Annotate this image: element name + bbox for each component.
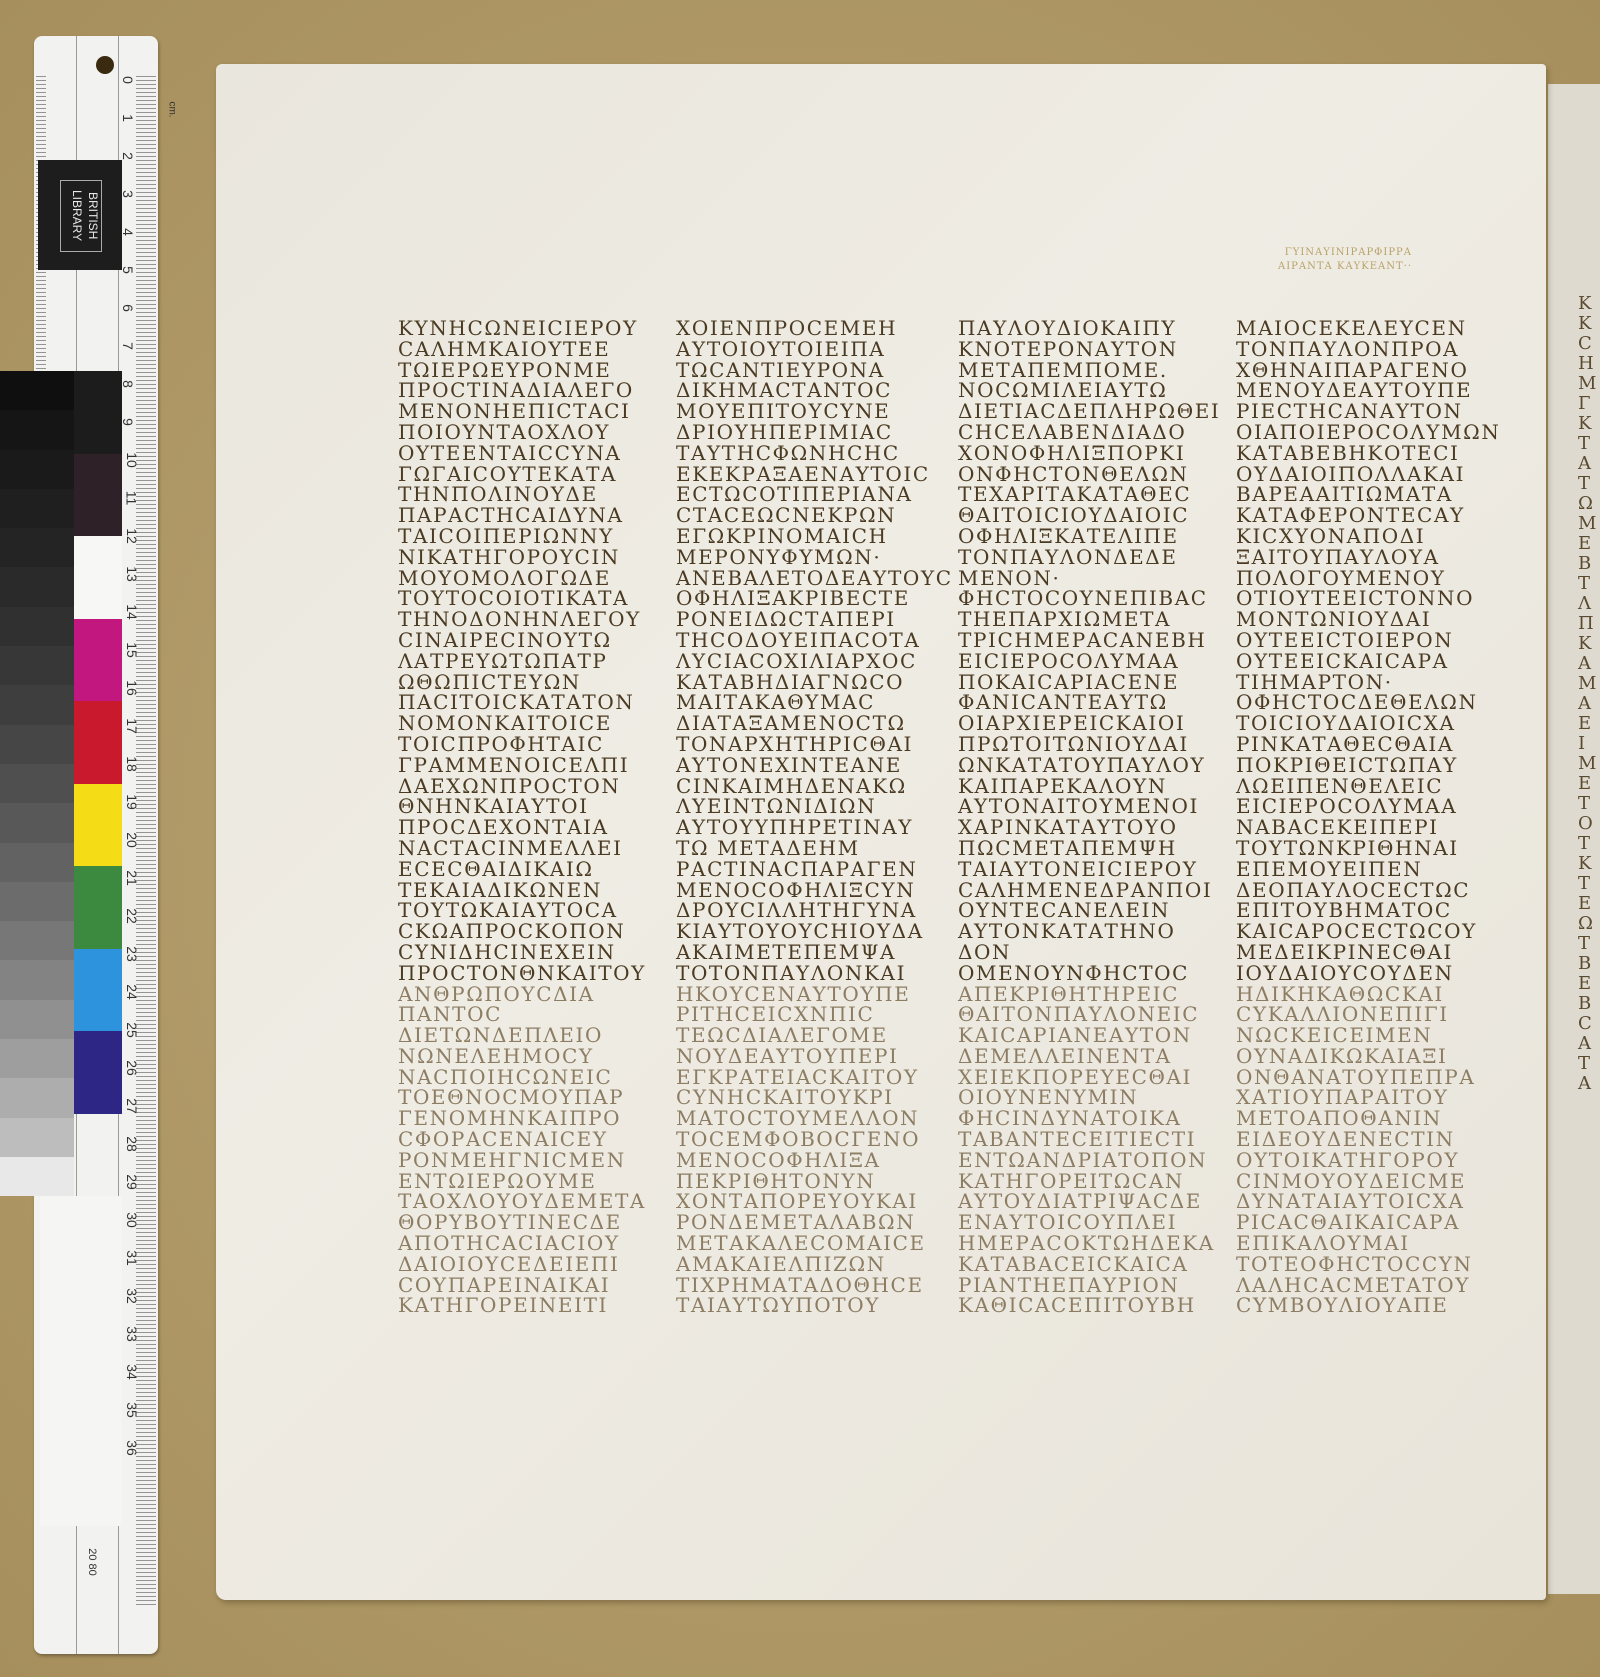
adjacent-page-line: Β	[1548, 994, 1600, 1014]
manuscript-line: ΠΡΟϹΔΕΧΟΝΤΑΙΑ	[398, 817, 643, 838]
manuscript-line: ΡΟΝΔΕΜΕΤΑΛΑΒΩΝ	[676, 1212, 921, 1233]
manuscript-line: ΩΝΚΑΤΑΤΟΥΠΑΥΛΟΥ	[958, 755, 1203, 776]
manuscript-line: ΚΑΤΑΒΕΒΗΚΟΤΕϹΙ	[1236, 443, 1481, 464]
manuscript-line: ΦΑΝΙϹΑΝΤΕΑΥΤΩ	[958, 692, 1203, 713]
manuscript-line: ϹΙΝΚΑΙΜΗΔΕΝΑΚΩ	[676, 776, 921, 797]
manuscript-line: ΔΟΝ	[958, 942, 1203, 963]
manuscript-line: ΚΥΝΗϹΩΝΕΙϹΙΕΡΟΥ	[398, 318, 643, 339]
manuscript-line: ΗΔΙΚΗΚΑΘΩϹΚΑΙ	[1236, 984, 1481, 1005]
manuscript-line: ΚΑΙΠΑΡΕΚΑΛΟΥΝ	[958, 776, 1203, 797]
running-title: ΓΥΙΝΑΥΙΝΙΡΑΡΦΙΡΡΑ ΑΙΡΑΝΤΑ ΚΑΥΚΕΑΝΤ··	[1278, 246, 1412, 274]
ruler-mark: 30	[124, 1212, 140, 1228]
manuscript-line: ΤΟΝΠΑΥΛΟΝΠΡΟΑ	[1236, 339, 1481, 360]
manuscript-line: ΤΟΙϹΠΡΟΦΗΤΑΙϹ	[398, 734, 643, 755]
ruler-mark: 9	[120, 418, 136, 426]
gray-step	[0, 528, 74, 567]
color-calibration-chart	[74, 371, 122, 1196]
adjacent-page-line: Τ	[1548, 474, 1600, 494]
manuscript-line: ΤΑΟΧΛΟΥΟΥΔΕΜΕΤΑ	[398, 1191, 643, 1212]
text-column-4: ΜΑΙΟϹΕΚΕΛΕΥϹΕΝΤΟΝΠΑΥΛΟΝΠΡΟΑΧΘΗΝΑΙΠΑΡΑΓΕΝ…	[1236, 318, 1481, 1316]
adjacent-page-line: Α	[1548, 1034, 1600, 1054]
ruler-mark: 33	[124, 1326, 140, 1342]
manuscript-line: ΝΩϹΚΕΙϹΕΙΜΕΝ	[1236, 1025, 1481, 1046]
manuscript-line: ΤΗΝΠΟΛΙΝΟΥΔΕ	[398, 484, 643, 505]
ruler-mark: 3	[120, 190, 136, 198]
manuscript-line: ΚΑΤΑΒΗΔΙΑΓΝΩϹΟ	[676, 672, 921, 693]
manuscript-line: ΤΩϹΑΝΤΙΕΥΡΟΝΑ	[676, 360, 921, 381]
adjacent-page-line: Ε	[1548, 894, 1600, 914]
manuscript-line: ΕΙϹΙΕΡΟϹΟΛΥΜΑΑ	[958, 651, 1203, 672]
manuscript-line: ΜΕΤΟΑΠΟΘΑΝΙΝ	[1236, 1108, 1481, 1129]
manuscript-line: ΚΑΙϹΑΡΙΑΝΕΑΥΤΟΝ	[958, 1025, 1203, 1046]
manuscript-line: ΟΥΤΟΙΚΑΤΗΓΟΡΟΥ	[1236, 1150, 1481, 1171]
adjacent-page-line: Ε	[1548, 714, 1600, 734]
manuscript-line: ΜΕΔΕΙΚΡΙΝΕϹΘΑΙ	[1236, 942, 1481, 963]
ruler-mark: 5	[120, 266, 136, 274]
manuscript-line: ΟΙΟΥΝΕΝΥΜΙΝ	[958, 1087, 1203, 1108]
manuscript-line: ΑΥΤΟΙΟΥΤΟΙΕΙΠΑ	[676, 339, 921, 360]
manuscript-line: ΤΕΧΑΡΙΤΑΚΑΤΑΘΕϹ	[958, 484, 1203, 505]
manuscript-line: ΚΑΘΙϹΑϹΕΠΙΤΟΥΒΗ	[958, 1295, 1203, 1316]
gray-step	[0, 371, 74, 410]
manuscript-line: ΡΙΝΚΑΤΑΘΕϹΘΑΙΑ	[1236, 734, 1481, 755]
adjacent-page-line: Τ	[1548, 1054, 1600, 1074]
manuscript-line: ΤΟΥΤΩΚΑΙΑΥΤΟϹΑ	[398, 900, 643, 921]
manuscript-line: ΞΑΙΤΟΥΠΑΥΛΟΥΑ	[1236, 547, 1481, 568]
manuscript-line: ΚΑΤΗΓΟΡΕΙΝΕΙΤΙ	[398, 1295, 643, 1316]
manuscript-line: ϹΑΛΗΜΕΝΕΔΡΑΝΠΟΙ	[958, 880, 1203, 901]
manuscript-line: ΟΙΑΠΟΙΕΡΟϹΟΛΥΜΩΝ	[1236, 422, 1481, 443]
manuscript-line: ΜΕΤΑΠΕΜΠΟΜΕ.	[958, 360, 1203, 381]
adjacent-page-line: Μ	[1548, 374, 1600, 394]
manuscript-line: ΑΥΤΟΝΕΧΙΝΤΕΑΝΕ	[676, 755, 921, 776]
adjacent-page-line: Ϲ	[1548, 334, 1600, 354]
adjacent-page-line: Ϲ	[1548, 1014, 1600, 1034]
adjacent-page-line: Ε	[1548, 534, 1600, 554]
manuscript-line: ΝΙΚΑΤΗΓΟΡΟΥϹΙΝ	[398, 547, 643, 568]
ruler-mark: 10	[124, 452, 140, 468]
manuscript-line: ΜΕΤΑΚΑΛΕϹΟΜΑΙϹΕ	[676, 1233, 921, 1254]
manuscript-line: ΕΙϹΙΕΡΟϹΟΛΥΜΑΑ	[1236, 796, 1481, 817]
manuscript-line: ϹΙΝΜΟΥΟΥΔΕΙϹΜΕ	[1236, 1171, 1481, 1192]
manuscript-line: ΟΝΘΑΝΑΤΟΥΠΕΠΡΑ	[1236, 1067, 1481, 1088]
white-reference-strip	[40, 1196, 122, 1526]
color-patch-magenta	[74, 619, 122, 702]
manuscript-line: ΔΡΙΟΥΗΠΕΡΙΜΙΑϹ	[676, 422, 921, 443]
manuscript-line: ΤΑΙϹΟΙΠΕΡΙΩΝΝΥ	[398, 526, 643, 547]
manuscript-line: ΤΑΥΤΗϹΦΩΝΗϹΗϹ	[676, 443, 921, 464]
manuscript-line: ΟΜΕΝΟΥΝΦΗϹΤΟϹ	[958, 963, 1203, 984]
manuscript-line: ΜΑΙΤΑΚΑΘΥΜΑϹ	[676, 692, 921, 713]
ruler-mark: 35	[124, 1402, 140, 1418]
ruler-mark: 6	[120, 304, 136, 312]
ruler-mark: 24	[124, 984, 140, 1000]
adjacent-page-line: Τ	[1548, 434, 1600, 454]
manuscript-line: ΤΕΩϹΔΙΑΛΕΓΟΜΕ	[676, 1025, 921, 1046]
manuscript-line: ΤΟΙϹΙΟΥΔΑΙΟΙϹΧΑ	[1236, 713, 1481, 734]
manuscript-line: ΚΑΤΗΓΟΡΕΙΤΩϹΑΝ	[958, 1171, 1203, 1192]
manuscript-line: ΝΑϹΠΟΙΗϹΩΝΕΙϹ	[398, 1067, 643, 1088]
adjacent-page-line: Η	[1548, 354, 1600, 374]
manuscript-line: ΕΝΤΩΑΝΔΡΙΑΤΟΠΟΝ	[958, 1150, 1203, 1171]
manuscript-line: ΠΡΩΤΟΙΤΩΝΙΟΥΔΑΙ	[958, 734, 1203, 755]
color-patch-red	[74, 701, 122, 784]
manuscript-line: ϹΙΝΑΙΡΕϹΙΝΟΥΤΩ	[398, 630, 643, 651]
manuscript-line: ΜΕΝΟϹΟΦΗΛΙΞΑ	[676, 1150, 921, 1171]
manuscript-line: ΝΑϹΤΑϹΙΝΜΕΛΛΕΙ	[398, 838, 643, 859]
manuscript-line: ΧΟΝΤΑΠΟΡΕΥΟΥΚΑΙ	[676, 1191, 921, 1212]
adjacent-page-line: Τ	[1548, 934, 1600, 954]
manuscript-line: ΔΥΝΑΤΑΙΑΥΤΟΙϹΧΑ	[1236, 1191, 1481, 1212]
manuscript-line: ΠΡΟϹΤΟΝΘΝΚΑΙΤΟΥ	[398, 963, 643, 984]
manuscript-line: ΠΑΡΑϹΤΗϹΑΙΔΥΝΑ	[398, 505, 643, 526]
manuscript-line: ΔΑΙΟΙΟΥϹΕΔΕΙΕΠΙ	[398, 1254, 643, 1275]
ruler-mark: 11	[123, 491, 139, 506]
ruler-mark: 34	[124, 1364, 140, 1380]
manuscript-line: ΡΙΑΝΤΗΕΠΑΥΡΙΟΝ	[958, 1275, 1203, 1296]
manuscript-line: ΔΕΟΠΑΥΛΟϹΕϹΤΩϹ	[1236, 880, 1481, 901]
ruler-mark: 15	[124, 642, 140, 658]
manuscript-line: ΚΝΟΤΕΡΟΝΑΥΤΟΝ	[958, 339, 1203, 360]
manuscript-line: ΤΗΕΠΑΡΧΙΩΜΕΤΑ	[958, 609, 1203, 630]
gray-step	[0, 1078, 74, 1117]
manuscript-line: ΤΟΤΟΝΠΑΥΛΟΝΚΑΙ	[676, 963, 921, 984]
manuscript-line: ΦΗϹΙΝΔΥΝΑΤΟΙΚΑ	[958, 1108, 1203, 1129]
manuscript-line: ΤΑΙΑΥΤΩΥΠΟΤΟΥ	[676, 1295, 921, 1316]
manuscript-line: ΤΑΙΑΥΤΟΝΕΙϹΙΕΡΟΥ	[958, 859, 1203, 880]
ruler-mark: 25	[124, 1022, 140, 1038]
adjacent-page-line: Α	[1548, 1074, 1600, 1094]
text-column-3: ΠΑΥΛΟΥΔΙΟΚΑΙΠΥΚΝΟΤΕΡΟΝΑΥΤΟΝΜΕΤΑΠΕΜΠΟΜΕ.Ν…	[958, 318, 1203, 1316]
manuscript-line: ΧΘΗΝΑΙΠΑΡΑΓΕΝΟ	[1236, 360, 1481, 381]
manuscript-line: ΛΥϹΙΑϹΟΧΙΛΙΑΡΧΟϹ	[676, 651, 921, 672]
manuscript-line: ΜΕΝΟϹΟΦΗΛΙΞϹΥΝ	[676, 880, 921, 901]
ruler-unit-label: cm.	[167, 101, 178, 117]
adjacent-page-line: Μ	[1548, 754, 1600, 774]
manuscript-line: ΤΟΝΑΡΧΗΤΗΡΙϹΘΑΙ	[676, 734, 921, 755]
adjacent-page-line: Β	[1548, 954, 1600, 974]
manuscript-line: ΠΟΚΑΙϹΑΡΙΑϹΕΝΕ	[958, 672, 1203, 693]
ruler-bottom-label: 20 80	[86, 1548, 98, 1576]
manuscript-line: ΟΥΔΑΙΟΙΠΟΛΛΑΚΑΙ	[1236, 464, 1481, 485]
manuscript-line: ΜΕΝΟΝ·	[958, 568, 1203, 589]
color-patch-white	[74, 536, 122, 619]
text-column-2: ΧΟΙΕΝΠΡΟϹΕΜΕΗΑΥΤΟΙΟΥΤΟΙΕΙΠΑΤΩϹΑΝΤΙΕΥΡΟΝΑ…	[676, 318, 921, 1316]
manuscript-line: ϹΥΝΙΔΗϹΙΝΕΧΕΙΝ	[398, 942, 643, 963]
manuscript-line: ΟΤΙΟΥΤΕΕΙϹΤΟΝΝΟ	[1236, 588, 1481, 609]
manuscript-line: ΟΝΦΗϹΤΟΝΘΕΛΩΝ	[958, 464, 1203, 485]
gray-step	[0, 960, 74, 999]
manuscript-line: ΕΝΤΩΙΕΡΩΟΥΜΕ	[398, 1171, 643, 1192]
manuscript-line: ΜΕΝΟΝΗΕΠΙϹΤΑϹΙ	[398, 401, 643, 422]
manuscript-line: ϹΟΥΠΑΡΕΙΝΑΙΚΑΙ	[398, 1275, 643, 1296]
manuscript-line: ΤΟΤΕΟΦΗϹΤΟϹϹΥΝ	[1236, 1254, 1481, 1275]
manuscript-line: ΜΑΙΟϹΕΚΕΛΕΥϹΕΝ	[1236, 318, 1481, 339]
ruler-mark: 1	[120, 114, 136, 122]
manuscript-line: ΠΟΙΟΥΝΤΑΟΧΛΟΥ	[398, 422, 643, 443]
manuscript-line: ϹΥΚΑΛΛΙΟΝΕΠΙΓΙ	[1236, 1004, 1481, 1025]
manuscript-line: ΔΡΟΥϹΙΛΛΗΤΗΓΥΝΑ	[676, 900, 921, 921]
adjacent-page-line: Ε	[1548, 974, 1600, 994]
gray-step	[0, 1157, 74, 1196]
ruler-hole	[96, 56, 114, 74]
adjacent-page-line: Ω	[1548, 914, 1600, 934]
manuscript-line: ΧΑΡΙΝΚΑΤΑΥΤΟΥΟ	[958, 817, 1203, 838]
gray-step	[0, 646, 74, 685]
adjacent-page-line: Κ	[1548, 314, 1600, 334]
manuscript-line: ΠΕΚΡΙΘΗΤΟΝΥΝ	[676, 1171, 921, 1192]
ruler-mark: 22	[124, 908, 140, 924]
adjacent-page-line: Κ	[1548, 634, 1600, 654]
manuscript-line: ΟΦΗΛΙΞΑΚΡΙΒΕϹΤΕ	[676, 588, 921, 609]
ruler-mark: 4	[120, 228, 136, 236]
manuscript-line: ΕϹΕϹΘΑΙΔΙΚΑΙΩ	[398, 859, 643, 880]
manuscript-line: ΩΘΩΠΙϹΤΕΥΩΝ	[398, 672, 643, 693]
color-patch-dark-brown	[74, 454, 122, 537]
ruler-mark: 26	[124, 1060, 140, 1076]
manuscript-line: ΑΥΤΟΝΚΑΤΑΤΗΝΟ	[958, 921, 1203, 942]
manuscript-line: ΤΙΗΜΑΡΤΟΝ·	[1236, 672, 1481, 693]
gray-step	[0, 489, 74, 528]
manuscript-line: ϹΦΟΡΑϹΕΝΑΙϹΕΥ	[398, 1129, 643, 1150]
manuscript-line: ϹΗϹΕΛΑΒΕΝΔΙΑΔΟ	[958, 422, 1203, 443]
manuscript-line: ΑΠΕΚΡΙΘΗΤΗΡΕΙϹ	[958, 984, 1203, 1005]
manuscript-line: ΤΡΙϹΗΜΕΡΑϹΑΝΕΒΗ	[958, 630, 1203, 651]
ruler-mark: 20	[124, 832, 140, 848]
manuscript-line: ΡΙΕϹΤΗϹΑΝΑΥΤΟΝ	[1236, 401, 1481, 422]
ruler-mark: 7	[120, 342, 136, 350]
manuscript-line: ΕΠΙΤΟΥΒΗΜΑΤΟϹ	[1236, 900, 1481, 921]
ruler-mark: 21	[124, 870, 140, 886]
manuscript-line: ΠΟΚΡΙΘΕΙϹΤΩΠΑΥ	[1236, 755, 1481, 776]
color-patch-green	[74, 866, 122, 949]
color-patch-black	[74, 371, 122, 454]
stamp-text: BRITISH LIBRARY	[60, 180, 102, 252]
manuscript-line: ΝΟΜΟΝΚΑΙΤΟΙϹΕ	[398, 713, 643, 734]
manuscript-line: ΠΟΛΟΓΟΥΜΕΝΟΥ	[1236, 568, 1481, 589]
adjacent-page-line: Τ	[1548, 874, 1600, 894]
ruler-mark: 17	[124, 718, 140, 734]
british-library-stamp: BRITISH LIBRARY	[38, 160, 122, 270]
manuscript-line: ΜΟΝΤΩΝΙΟΥΔΑΙ	[1236, 609, 1481, 630]
adjacent-page-line: Κ	[1548, 854, 1600, 874]
ruler-mark: 13	[124, 566, 140, 582]
adjacent-page-line: Ε	[1548, 774, 1600, 794]
color-patch-yellow	[74, 784, 122, 867]
manuscript-line: ΑΥΤΟΥΔΙΑΤΡΙΨΑϹΔΕ	[958, 1191, 1203, 1212]
ruler-mark: 8	[120, 380, 136, 388]
gray-step	[0, 685, 74, 724]
ruler-mark: 23	[124, 946, 140, 962]
gray-step	[0, 803, 74, 842]
ruler-mark: 18	[124, 756, 140, 772]
text-column-1: ΚΥΝΗϹΩΝΕΙϹΙΕΡΟΥϹΑΛΗΜΚΑΙΟΥΤΕΕΤΩΙΕΡΩΕΥΡΟΝΜ…	[398, 318, 643, 1316]
ruler-mark: 2	[120, 152, 136, 160]
adjacent-page-line: Τ	[1548, 834, 1600, 854]
manuscript-line: ΝΑΒΑϹΕΚΕΙΠΕΡΙ	[1236, 817, 1481, 838]
manuscript-line: ΓΡΑΜΜΕΝΟΙϹΕΛΠΙ	[398, 755, 643, 776]
color-patch-cyan	[74, 949, 122, 1032]
adjacent-page-line: Λ	[1548, 594, 1600, 614]
manuscript-line: ΧΑΤΙΟΥΠΑΡΑΙΤΟΥ	[1236, 1087, 1481, 1108]
ruler-mark: 36	[124, 1440, 140, 1456]
color-patch-blue	[74, 1031, 122, 1114]
manuscript-line: ΠΑΥΛΟΥΔΙΟΚΑΙΠΥ	[958, 318, 1203, 339]
manuscript-line: ϹΤΑϹΕΩϹΝΕΚΡΩΝ	[676, 505, 921, 526]
manuscript-line: ΛΑΛΗϹΑϹΜΕΤΑΤΟΥ	[1236, 1275, 1481, 1296]
manuscript-line: ΕΓΩΚΡΙΝΟΜΑΙϹΗ	[676, 526, 921, 547]
manuscript-line: ΔΙΕΤΩΝΔΕΠΛΕΙΟ	[398, 1025, 643, 1046]
adjacent-page-line: Ο	[1548, 814, 1600, 834]
ruler-mark: 0	[120, 76, 136, 84]
manuscript-line: ΚΙΑΥΤΟΥΟΥϹΗΙΟΥΔΑ	[676, 921, 921, 942]
manuscript-line: ΟΙΑΡΧΙΕΡΕΙϹΚΑΙΟΙ	[958, 713, 1203, 734]
manuscript-line: ΟΥΝΑΔΙΚΩΚΑΙΑΞΙ	[1236, 1046, 1481, 1067]
manuscript-line: ΔΑΕΧΩΝΠΡΟϹΤΟΝ	[398, 776, 643, 797]
ruler-mark: 27	[124, 1098, 140, 1114]
manuscript-line: ϹΚΩΑΠΡΟϹΚΟΠΟΝ	[398, 921, 643, 942]
manuscript-line: ΧΟΝΟΦΗΛΙΞΠΟΡΚΙ	[958, 443, 1203, 464]
manuscript-line: ΟΥΤΕΕΝΤΑΙϹϹΥΝΑ	[398, 443, 643, 464]
manuscript-line: ΡΟΝΕΙΔΩϹΤΑΠΕΡΙ	[676, 609, 921, 630]
manuscript-line: ΡΙΤΗϹΕΙϹΧΝΠΙϹ	[676, 1004, 921, 1025]
adjacent-page-line: Κ	[1548, 294, 1600, 314]
manuscript-line: ΠΡΟϹΤΙΝΑΔΙΑΛΕΓΟ	[398, 380, 643, 401]
gray-step	[0, 764, 74, 803]
manuscript-line: ϹΑΛΗΜΚΑΙΟΥΤΕΕ	[398, 339, 643, 360]
manuscript-line: ΑΥΤΟΝΑΙΤΟΥΜΕΝΟΙ	[958, 796, 1203, 817]
manuscript-line: ΚΑΙϹΑΡΟϹΕϹΤΩϹΟΥ	[1236, 921, 1481, 942]
manuscript-line: ϹΥΝΗϹΚΑΙΤΟΥΚΡΙ	[676, 1087, 921, 1108]
manuscript-line: ΤΗϹΟΔΟΥΕΙΠΑϹΟΤΑ	[676, 630, 921, 651]
manuscript-line: ΜΟΥΟΜΟΛΟΓΩΔΕ	[398, 568, 643, 589]
manuscript-line: ΑΝΕΒΑΛΕΤΟΔΕΑΥΤΟΥϹ	[676, 568, 921, 589]
manuscript-line: ΘΟΡΥΒΟΥΤΙΝΕϹΔΕ	[398, 1212, 643, 1233]
manuscript-line: ΛΩΕΙΠΕΝΘΕΛΕΙϹ	[1236, 776, 1481, 797]
manuscript-line: ΓΕΝΟΜΗΝΚΑΙΠΡΟ	[398, 1108, 643, 1129]
manuscript-line: ΟΦΗϹΤΟϹΔΕΘΕΛΩΝ	[1236, 692, 1481, 713]
adjacent-page-line: Β	[1548, 554, 1600, 574]
adjacent-page: ΚΚϹΗΜΓΚΤΑΤΩΜΕΒΤΛΠΚΑΜΑΕΙΜΕΤΟΤΚΤΕΩΤΒΕΒϹΑΤΑ	[1548, 84, 1600, 1594]
ruler-mark: 14	[124, 604, 140, 620]
adjacent-page-line: Α	[1548, 454, 1600, 474]
manuscript-line: ΕΠΙΚΑΛΟΥΜΑΙ	[1236, 1233, 1481, 1254]
ruler-mark: 12	[124, 528, 140, 544]
adjacent-page-line: Γ	[1548, 394, 1600, 414]
manuscript-line: ΕΓΚΡΑΤΕΙΑϹΚΑΙΤΟΥ	[676, 1067, 921, 1088]
manuscript-line: ΠΑϹΙΤΟΙϹΚΑΤΑΤΟΝ	[398, 692, 643, 713]
adjacent-page-line: Π	[1548, 614, 1600, 634]
manuscript-line: ΘΑΙΤΟΙϹΙΟΥΔΑΙΟΙϹ	[958, 505, 1203, 526]
manuscript-line: ΑΝΘΡΩΠΟΥϹΔΙΑ	[398, 984, 643, 1005]
manuscript-line: ΑΠΟΤΗϹΑϹΙΑϹΙΟΥ	[398, 1233, 643, 1254]
manuscript-line: ΧΟΙΕΝΠΡΟϹΕΜΕΗ	[676, 318, 921, 339]
gray-step	[0, 843, 74, 882]
manuscript-line: ΟΦΗΛΙΞΚΑΤΕΛΙΠΕ	[958, 526, 1203, 547]
ruler-mark: 29	[124, 1174, 140, 1190]
manuscript-line: ΛΑΤΡΕΥΩΤΩΠΑΤΡ	[398, 651, 643, 672]
manuscript-line: ΤΩΙΕΡΩΕΥΡΟΝΜΕ	[398, 360, 643, 381]
manuscript-line: ΕΚΕΚΡΑΞΑΕΝΑΥΤΟΙϹ	[676, 464, 921, 485]
adjacent-page-line: Τ	[1548, 794, 1600, 814]
gray-step	[0, 450, 74, 489]
manuscript-line: ΡΑϹΤΙΝΑϹΠΑΡΑΓΕΝ	[676, 859, 921, 880]
manuscript-line: ΜΕΝΟΥΔΕΑΥΤΟΥΠΕ	[1236, 380, 1481, 401]
manuscript-line: ΝΩΝΕΛΕΗΜΟϹΥ	[398, 1046, 643, 1067]
adjacent-page-line: Τ	[1548, 574, 1600, 594]
manuscript-line: ΔΙΑΤΑΞΑΜΕΝΟϹΤΩ	[676, 713, 921, 734]
gray-step	[0, 567, 74, 606]
adjacent-page-line: Ι	[1548, 734, 1600, 754]
manuscript-line: ΗΚΟΥϹΕΝΑΥΤΟΥΠΕ	[676, 984, 921, 1005]
manuscript-line: ΤΕΚΑΙΑΔΙΚΩΝΕΝ	[398, 880, 643, 901]
adjacent-page-line: Α	[1548, 694, 1600, 714]
manuscript-line: ΟΥΝΤΕϹΑΝΕΛΕΙΝ	[958, 900, 1203, 921]
adjacent-page-line: Μ	[1548, 514, 1600, 534]
stamp-line-2: LIBRARY	[70, 190, 84, 241]
adjacent-page-line: Ω	[1548, 494, 1600, 514]
manuscript-line: ΤΟΥΤΩΝΚΡΙΘΗΝΑΙ	[1236, 838, 1481, 859]
manuscript-line: ΠΑΝΤΟϹ	[398, 1004, 643, 1025]
running-title-line-1: ΓΥΙΝΑΥΙΝΙΡΑΡΦΙΡΡΑ	[1278, 246, 1412, 260]
manuscript-line: ΕϹΤΩϹΟΤΙΠΕΡΙΑΝΑ	[676, 484, 921, 505]
manuscript-line: ΜΟΥΕΠΙΤΟΥϹΥΝΕ	[676, 401, 921, 422]
manuscript-line: ΠΩϹΜΕΤΑΠΕΜΨΗ	[958, 838, 1203, 859]
manuscript-line: ΕΠΕΜΟΥΕΙΠΕΝ	[1236, 859, 1481, 880]
ruler-mark: 32	[124, 1288, 140, 1304]
manuscript-line: ΘΑΙΤΟΝΠΑΥΛΟΝΕΙϹ	[958, 1004, 1203, 1025]
ruler-mark: 28	[124, 1136, 140, 1152]
grayscale-chart	[0, 371, 74, 1196]
gray-step	[0, 1118, 74, 1157]
manuscript-line: ΔΕΜΕΛΛΕΙΝΕΝΤΑ	[958, 1046, 1203, 1067]
manuscript-line: ΤΙΧΡΗΜΑΤΑΔΟΘΗϹΕ	[676, 1275, 921, 1296]
manuscript-line: ΕΝΑΥΤΟΙϹΟΥΠΛΕΙ	[958, 1212, 1203, 1233]
manuscript-line: ΡΟΝΜΕΗΓΝΙϹΜΕΝ	[398, 1150, 643, 1171]
manuscript-line: ΤΟΝΠΑΥΛΟΝΔΕΔΕ	[958, 547, 1203, 568]
manuscript-line: ΕΙΔΕΟΥΔΕΝΕϹΤΙΝ	[1236, 1129, 1481, 1150]
manuscript-line: ΝΟϹΩΜΙΛΕΙΑΥΤΩ	[958, 380, 1203, 401]
gray-step	[0, 882, 74, 921]
gray-step	[0, 607, 74, 646]
manuscript-line: ΑΥΤΟΥΥΠΗΡΕΤΙΝΑΥ	[676, 817, 921, 838]
manuscript-line: ΚΑΤΑΦΕΡΟΝΤΕϹΑΥ	[1236, 505, 1481, 526]
adjacent-page-line: Κ	[1548, 414, 1600, 434]
manuscript-line: ΟΥΤΕΕΙϹΤΟΙΕΡΟΝ	[1236, 630, 1481, 651]
manuscript-line: ΧΕΙΕΚΠΟΡΕΥΕϹΘΑΙ	[958, 1067, 1203, 1088]
manuscript-line: ΗΜΕΡΑϹΟΚΤΩΗΔΕΚΑ	[958, 1233, 1203, 1254]
manuscript-line: ΜΑΤΟϹΤΟΥΜΕΛΛΟΝ	[676, 1108, 921, 1129]
manuscript-line: ΜΕΡΟΝΥΦΥΜΩΝ·	[676, 547, 921, 568]
manuscript-line: ΚΙϹΧΥΟΝΑΠΟΔΙ	[1236, 526, 1481, 547]
running-title-line-2: ΑΙΡΑΝΤΑ ΚΑΥΚΕΑΝΤ··	[1278, 260, 1412, 274]
ruler-mark: 19	[124, 794, 140, 810]
manuscript-line: ΤΟΕΘΝΟϹΜΟΥΠΑΡ	[398, 1087, 643, 1108]
manuscript-line: ΔΙΚΗΜΑϹΤΑΝΤΟϹ	[676, 380, 921, 401]
manuscript-line: ΑΚΑΙΜΕΤΕΠΕΜΨΑ	[676, 942, 921, 963]
ruler-mark: 16	[124, 680, 140, 696]
manuscript-line: ΓΩΓΑΙϹΟΥΤΕΚΑΤΑ	[398, 464, 643, 485]
manuscript-line: ΡΙϹΑϹΘΑΙΚΑΙϹΑΡΑ	[1236, 1212, 1481, 1233]
manuscript-line: ΒΑΡΕΑΑΙΤΙΩΜΑΤΑ	[1236, 484, 1481, 505]
stamp-line-1: BRITISH	[86, 192, 100, 239]
gray-step	[0, 1000, 74, 1039]
adjacent-page-line: Μ	[1548, 674, 1600, 694]
manuscript-line: ΤΩ ΜΕΤΑΔΕΗΜ	[676, 838, 921, 859]
manuscript-line: ΟΥΤΕΕΙϹΚΑΙϹΑΡΑ	[1236, 651, 1481, 672]
gray-step	[0, 921, 74, 960]
manuscript-line: ΦΗϹΤΟϹΟΥΝΕΠΙΒΑϹ	[958, 588, 1203, 609]
